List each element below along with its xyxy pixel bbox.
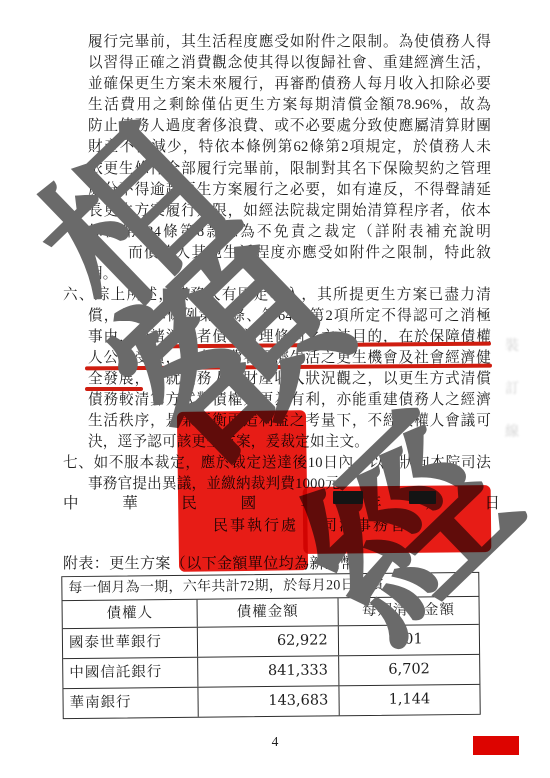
creditor-name: 國泰世華銀行 [63, 628, 198, 658]
installment-amount: 1,144 [338, 685, 480, 715]
court-seal-stamp [303, 485, 492, 554]
document-line: 以習得正確之消費觀念使其得以復歸社會、重建經濟生活， [88, 54, 491, 75]
claim-amount: 143,683 [198, 686, 339, 716]
creditor-name: 華南銀行 [63, 688, 198, 718]
document-line: 履行完畢前，其生活程度應受如附件之限制。為使債務人得 [88, 33, 491, 54]
court-seal-stamp [177, 410, 308, 572]
binding-mark: 裝 [505, 335, 519, 355]
document-line: 生活費用之剩餘僅佔更生方案每期清償金額78.96%，故為 [88, 96, 491, 117]
claim-amount: 841,333 [197, 656, 338, 686]
binding-mark: 訂 [505, 378, 519, 398]
scanned-court-document-page: 履行完畢前，其生活程度應受如附件之限制。為使債務人得 以習得正確之消費觀念使其得… [0, 0, 550, 778]
redaction-box [333, 491, 363, 504]
binding-mark: 線 [505, 421, 519, 441]
page-number: 4 [0, 734, 550, 750]
header-creditor: 債權人 [63, 600, 198, 628]
date-char: 中 [63, 491, 79, 513]
creditor-name: 中國信託銀行 [63, 658, 198, 688]
date-char: 華 [122, 491, 138, 513]
header-claim-amount: 債權金額 [197, 598, 338, 626]
redaction-box [409, 491, 436, 504]
document-line: 並確保更生方案未來履行，再審酌債務人每月收入扣除必要 [88, 75, 491, 96]
table-row: 華南銀行 143,683 1,144 [63, 684, 479, 718]
corner-red-marker [473, 736, 519, 755]
claim-amount: 62,922 [197, 626, 338, 656]
